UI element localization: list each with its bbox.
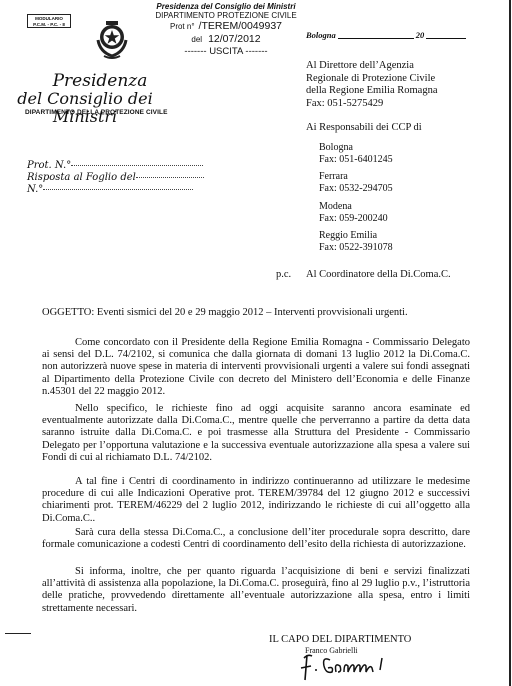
year-blank (426, 38, 466, 39)
protocol-stamp: Presidenza del Consiglio dei Ministri DI… (152, 2, 300, 57)
recipient-line: della Regione Emilia Romagna (306, 85, 438, 98)
cc-recipient: Al Coordinatore della Di.Coma.C. (306, 269, 451, 280)
stamp-department: DIPARTIMENTO PROTEZIONE CIVILE (152, 11, 300, 20)
letterhead-script-title: Presidenza del Consiglio dei Ministri (10, 72, 160, 126)
reference-numero-row: N.° (27, 184, 204, 196)
body-paragraph-2: Nello specifico, le richieste fino ad og… (42, 403, 470, 464)
body-paragraph-1: Come concordato con il Presidente della … (42, 337, 470, 398)
primary-recipient: Al Direttore dell’Agenzia Regionale di P… (306, 60, 438, 110)
ccp-bologna: Bologna Fax: 051-6401245 (319, 142, 393, 166)
dotted-line (43, 189, 193, 190)
body-paragraph-4: Sarà cura della stessa Di.Coma.C., a con… (42, 527, 470, 551)
cc-label: p.c. (276, 269, 291, 280)
signatory-title: IL CAPO DEL DIPARTIMENTO (269, 634, 411, 645)
side-registration-code (4, 502, 10, 562)
ccp-city: Reggio Emilia (319, 230, 393, 242)
year-prefix: 20 (416, 30, 425, 40)
ccp-intro: Ai Responsabili dei CCP di (306, 122, 422, 135)
stamp-direction: ------- USCITA ------- (152, 46, 300, 57)
stamp-protocol: Prot n°/TEREM/0049937 (152, 20, 300, 33)
dotted-line (71, 165, 203, 166)
ccp-fax: Fax: 0532-294705 (319, 183, 393, 195)
scan-edge-border (509, 0, 511, 686)
form-code-line-2: P.C.M. - P.C. - 8 (28, 22, 70, 28)
reference-prot-row: Prot. N.° (27, 160, 204, 172)
script-line-1: Presidenza (10, 72, 160, 90)
ccp-fax: Fax: 051-6401245 (319, 154, 393, 166)
place-date-line: Bologna20 (306, 30, 466, 40)
protocol-number: /TEREM/0049937 (199, 20, 282, 32)
script-line-2: del Consiglio dei Ministri (10, 90, 160, 126)
stamp-institution: Presidenza del Consiglio dei Ministri (152, 2, 300, 11)
dotted-line (136, 177, 204, 178)
department-name: DIPARTIMENTO DELLA PROTEZIONE CIVILE (25, 109, 168, 116)
recipient-line: Regionale di Protezione Civile (306, 73, 438, 86)
reference-risposta-row: Risposta al Foglio del (27, 172, 204, 184)
ccp-city: Modena (319, 201, 388, 213)
subject-line: OGGETTO: Eventi sismici del 20 e 29 magg… (42, 307, 408, 318)
body-paragraph-3: A tal fine i Centri di coordinamento in … (42, 476, 470, 525)
protocol-date: 12/07/2012 (208, 33, 261, 45)
ccp-fax: Fax: 059-200240 (319, 213, 388, 225)
ccp-city: Bologna (319, 142, 393, 154)
date-blank (338, 38, 414, 39)
ccp-fax: Fax: 0522-391078 (319, 242, 393, 254)
body-paragraph-5: Si informa, inoltre, che per quanto rigu… (42, 566, 470, 615)
reference-form: Prot. N.° Risposta al Foglio del N.° (27, 160, 204, 196)
recipient-fax: Fax: 051-5275429 (306, 98, 438, 111)
ccp-modena: Modena Fax: 059-200240 (319, 201, 388, 225)
place-city: Bologna (306, 30, 336, 40)
ccp-city: Ferrara (319, 171, 393, 183)
italian-republic-emblem-icon (94, 18, 130, 60)
ccp-reggio-emilia: Reggio Emilia Fax: 0522-391078 (319, 230, 393, 254)
form-code-box: MODULARIO P.C.M. - P.C. - 8 (27, 14, 71, 28)
stamp-date: del12/07/2012 (152, 33, 300, 46)
ccp-ferrara: Ferrara Fax: 0532-294705 (319, 171, 393, 195)
handwritten-signature (298, 650, 390, 682)
recipient-line: Al Direttore dell’Agenzia (306, 60, 438, 73)
fold-mark (5, 633, 31, 634)
